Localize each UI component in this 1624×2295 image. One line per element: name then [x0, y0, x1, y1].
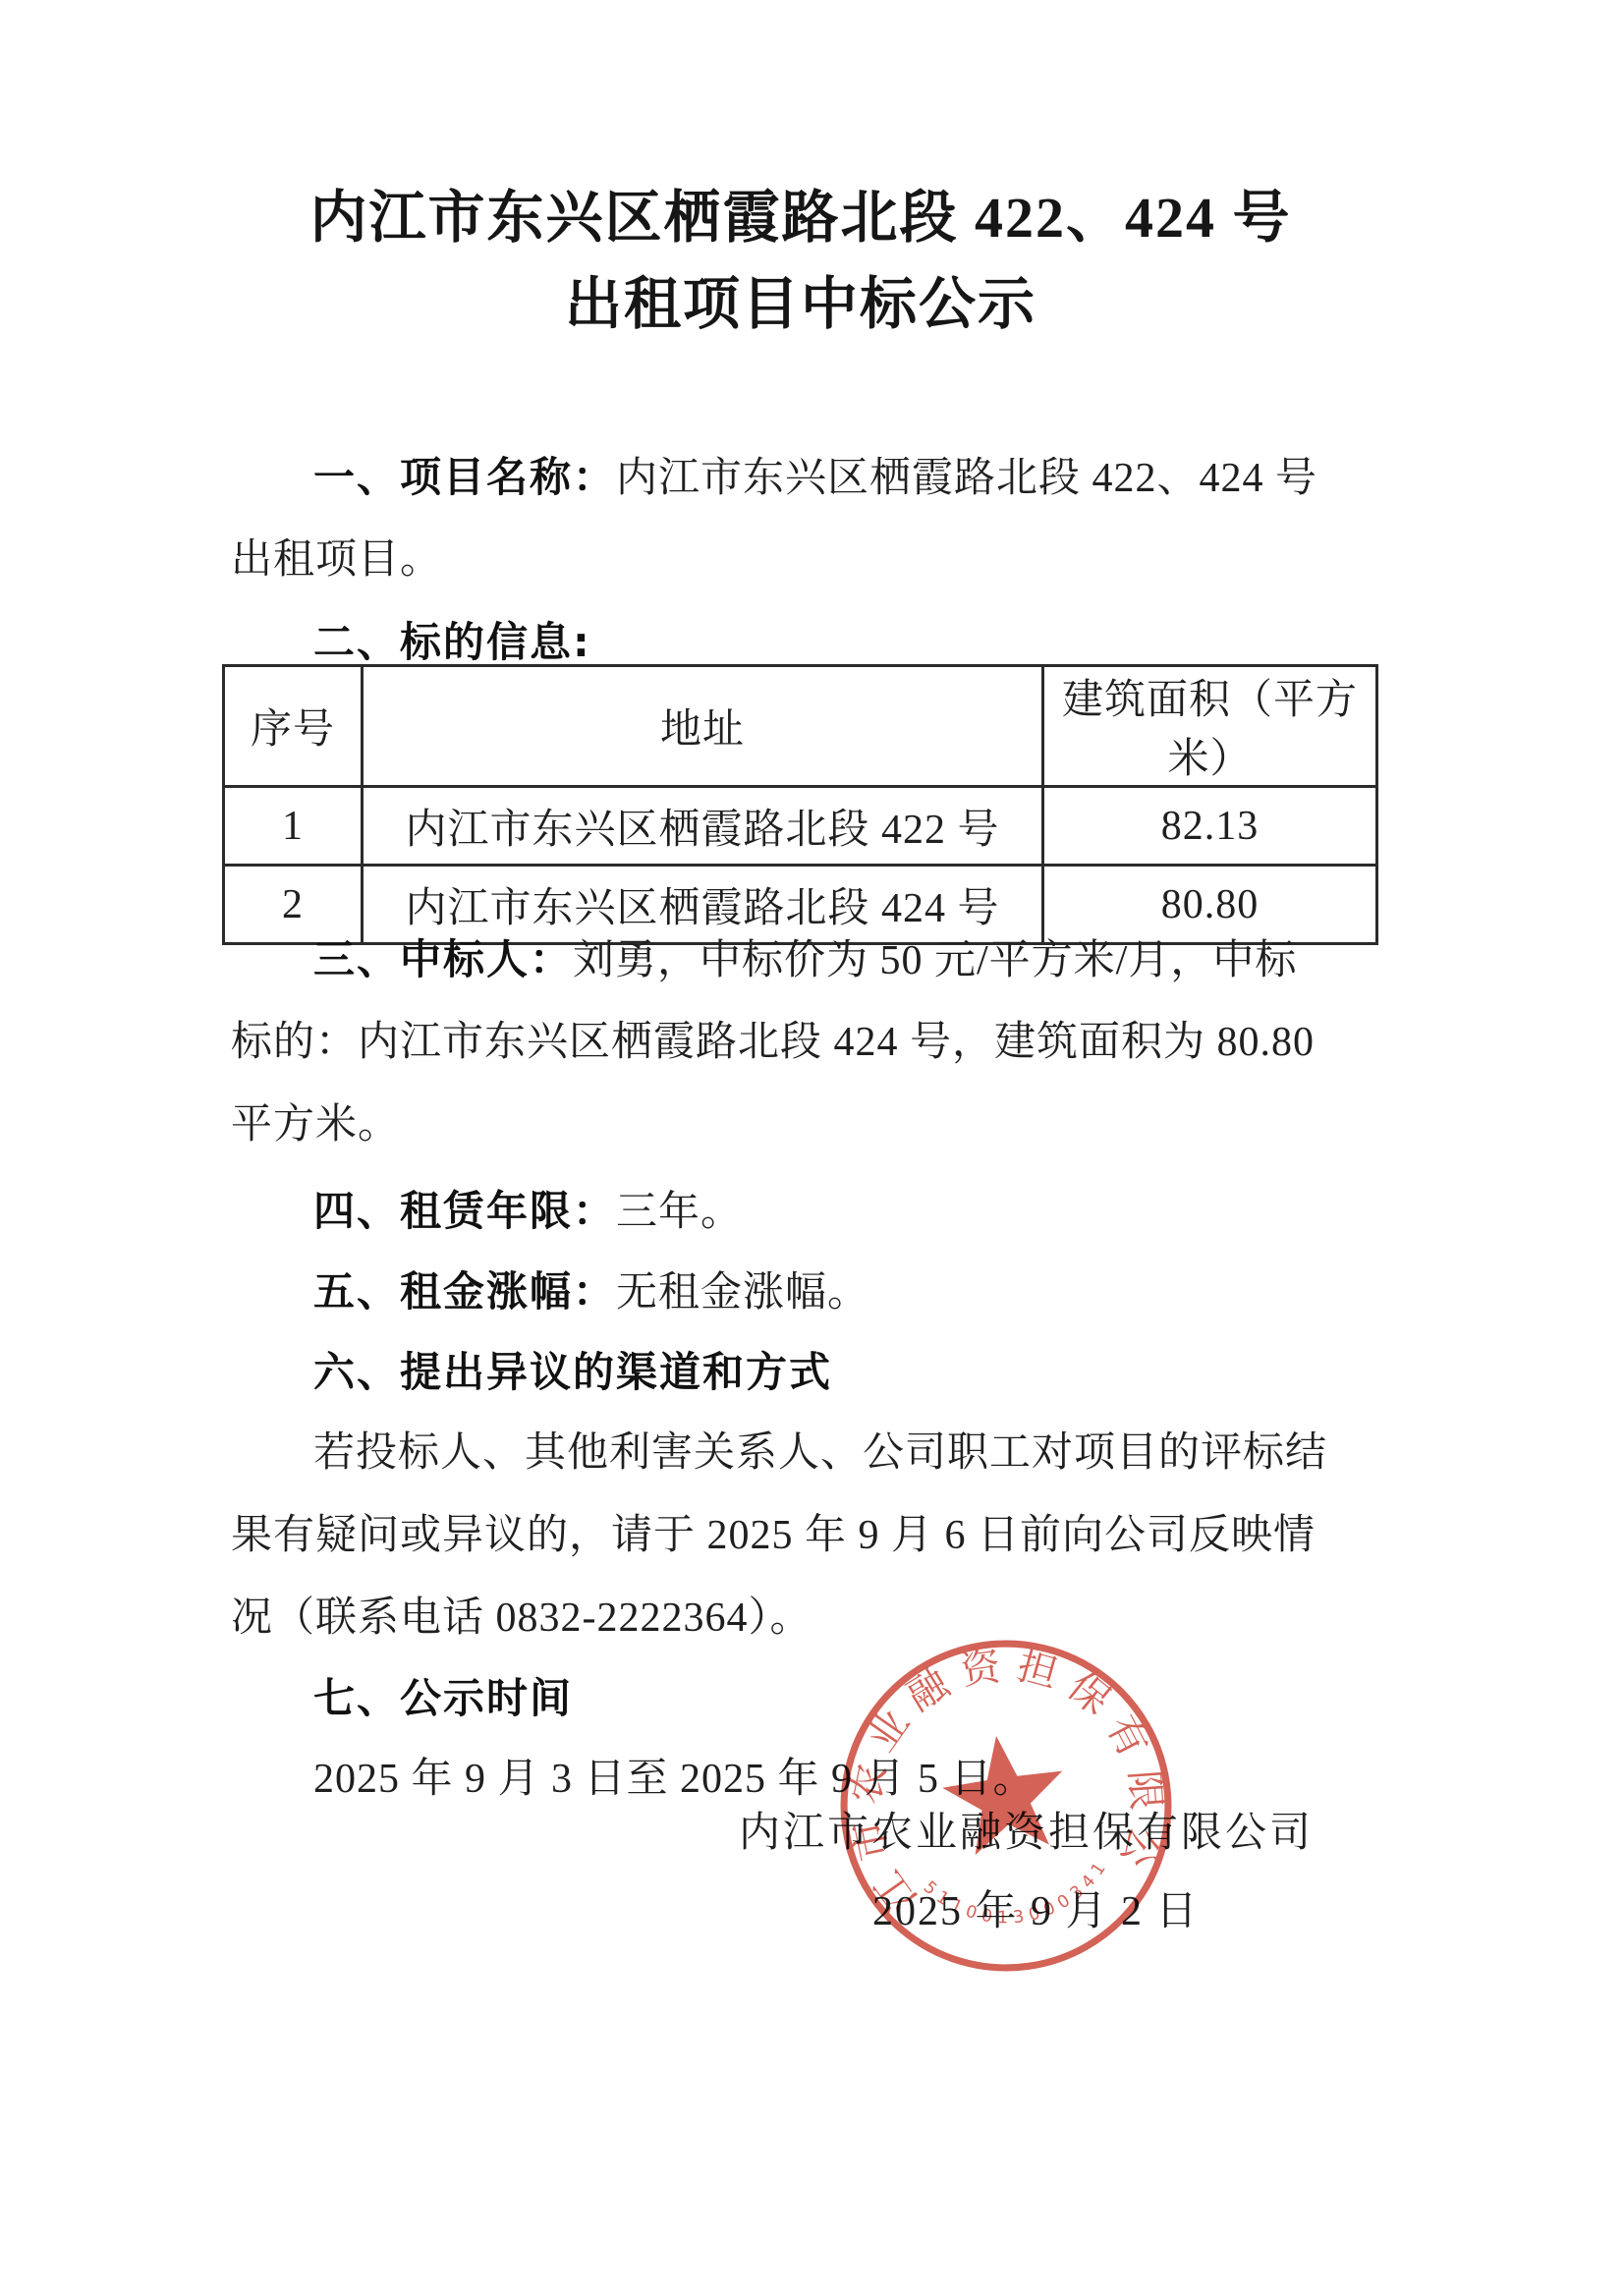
section-5-line: 五、租金涨幅：无租金涨幅。	[313, 1268, 869, 1316]
section-4-label: 四、租赁年限：	[313, 1187, 616, 1235]
cell-area: 82.13	[1043, 787, 1377, 866]
table-header-area: 建筑面积（平方米）	[1043, 666, 1377, 787]
seal-registration-code: 5110013000341	[918, 1852, 1120, 1940]
section-1-label: 一、项目名称：	[313, 453, 616, 501]
section-6-heading: 六、提出异议的渠道和方式	[313, 1349, 832, 1396]
cell-area: 80.80	[1043, 866, 1377, 944]
table-header-row: 序号 地址 建筑面积（平方米）	[224, 666, 1377, 787]
section-2-heading: 二、标的信息:	[313, 619, 591, 666]
section-3-line1: 三、中标人：刘勇，中标价为 50 元/平方米/月，中标	[313, 936, 1297, 984]
official-seal: 内江市农业融资担保有限公司 5110013000341	[815, 1615, 1198, 1997]
seal-code-text: 5110013000341	[918, 1852, 1120, 1940]
section-5-text: 无租金涨幅。	[616, 1270, 869, 1315]
document-title-line2: 出租项目中标公示	[0, 273, 1601, 336]
section-3-line3: 平方米。	[231, 1101, 400, 1148]
document-title-line1: 内江市东兴区栖霞路北段 422、424 号	[0, 187, 1601, 250]
table-header-address: 地址	[363, 666, 1043, 787]
section-6-line1: 若投标人、其他利害关系人、公司职工对项目的评标结	[313, 1429, 1327, 1477]
star-icon	[936, 1727, 1072, 1858]
table-row: 2 内江市东兴区栖霞路北段 424 号 80.80	[224, 866, 1377, 944]
section-5-label: 五、租金涨幅：	[313, 1267, 616, 1315]
section-1-line1: 一、项目名称：内江市东兴区栖霞路北段 422、424 号	[313, 454, 1317, 502]
section-4-text: 三年。	[616, 1190, 743, 1235]
section-7-heading: 七、公示时间	[313, 1675, 573, 1722]
section-6-line3: 况（联系电话 0832-2222364）。	[231, 1595, 812, 1642]
lot-info-table: 序号 地址 建筑面积（平方米） 1 内江市东兴区栖霞路北段 422 号 82.1…	[222, 664, 1378, 945]
section-3-label: 三、中标人：	[313, 935, 573, 983]
section-4-line: 四、租赁年限：三年。	[313, 1188, 743, 1236]
table-row: 1 内江市东兴区栖霞路北段 422 号 82.13	[224, 787, 1377, 866]
cell-address: 内江市东兴区栖霞路北段 424 号	[363, 866, 1043, 944]
section-1-line2: 出租项目。	[231, 536, 442, 584]
section-6-line2: 果有疑问或异议的，请于 2025 年 9 月 6 日前向公司反映情	[231, 1512, 1316, 1559]
section-3-text: 刘勇，中标价为 50 元/平方米/月，中标	[573, 938, 1297, 983]
cell-no: 2	[224, 866, 363, 944]
section-3-line2: 标的：内江市东兴区栖霞路北段 424 号，建筑面积为 80.80	[231, 1019, 1315, 1066]
section-1-text: 内江市东兴区栖霞路北段 422、424 号	[616, 456, 1317, 501]
table-header-no: 序号	[224, 666, 363, 787]
announcement-document: { "doc": { "title_line1": "内江市东兴区栖霞路北段 4…	[0, 0, 1624, 2295]
document-page: 内江市东兴区栖霞路北段 422、424 号 出租项目中标公示 一、项目名称：内江…	[0, 0, 1624, 2295]
cell-address: 内江市东兴区栖霞路北段 422 号	[363, 787, 1043, 866]
cell-no: 1	[224, 787, 363, 866]
